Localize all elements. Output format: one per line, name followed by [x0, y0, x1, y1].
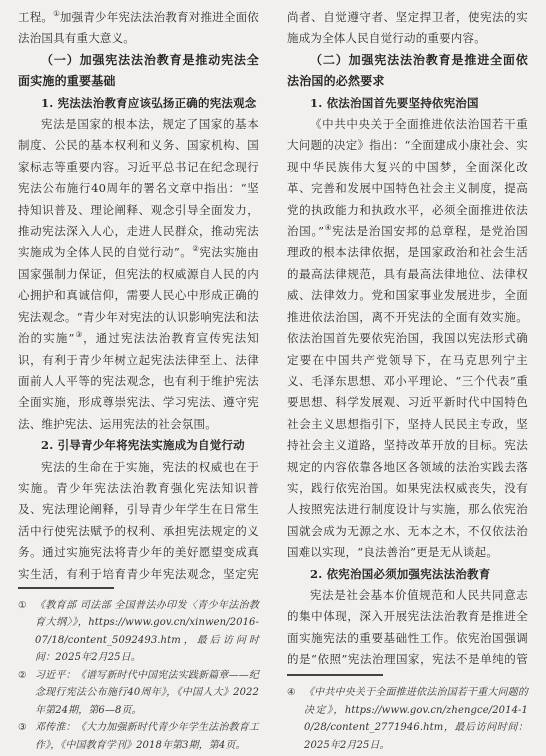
- text-run: 工程。: [18, 10, 53, 24]
- footnote-separator: [287, 674, 383, 676]
- footnote-text: 习近平：《谱写新时代中国宪法实践新篇章——纪念现行宪法公布施行40周年》，《中国…: [35, 667, 259, 720]
- footnote: ④《中共中央关于全面推进依法治国若干重大问题的决定》，https://www.g…: [287, 684, 528, 754]
- text-run: （一）加强宪法法治教育是推动宪法全面实施的重要基础: [18, 53, 259, 88]
- column-left-footnote-list: ①《教育部 司法部 全国普法办印发〈青少年法治教育大纲〉》，https://ww…: [18, 597, 259, 755]
- footnote-ref: ④: [324, 223, 332, 232]
- text-run: （二）加强宪法法治教育是推进全面依法治国的必然要求: [287, 53, 528, 88]
- footnote-marker: ④: [287, 684, 304, 754]
- footnote-marker: ③: [18, 719, 35, 754]
- subsection-heading: 2. 依宪治国必须加强宪法法治教育: [287, 564, 528, 585]
- paragraph: 尚者、自觉遵守者、坚定捍卫者，使宪法的实施成为全体人民自觉行动的重要内容。: [287, 7, 528, 50]
- footnote-marker: ①: [18, 597, 35, 667]
- column-right-footnote-list: ④《中共中央关于全面推进依法治国若干重大问题的决定》，https://www.g…: [287, 684, 528, 754]
- footnote-separator: [18, 587, 114, 589]
- footnote-ref: ①: [53, 9, 60, 18]
- footnote: ②习近平：《谱写新时代中国宪法实践新篇章——纪念现行宪法公布施行40周年》，《中…: [18, 667, 259, 720]
- column-left-body: 工程。①加强青少年宪法法治教育对推进全面依法治国具有重大意义。（一）加强宪法法治…: [18, 7, 259, 584]
- column-left: 工程。①加强青少年宪法法治教育对推进全面依法治国具有重大意义。（一）加强宪法法治…: [18, 7, 259, 754]
- paragraph: 《中共中央关于全面推进依法治国若干重大问题的决定》指出：“全面建成小康社会、实现…: [287, 114, 528, 564]
- footnote: ①《教育部 司法部 全国普法办印发〈青少年法治教育大纲〉》，https://ww…: [18, 597, 259, 667]
- column-right-footnotes: ④《中共中央关于全面推进依法治国若干重大问题的决定》，https://www.g…: [287, 671, 528, 754]
- footnote: ③邓传淮：《大力加强新时代青少年学生法治教育工作》，《中国教育学刊》2018年第…: [18, 719, 259, 754]
- column-left-footnotes: ①《教育部 司法部 全国普法办印发〈青少年法治教育大纲〉》，https://ww…: [18, 584, 259, 755]
- text-run: 2. 依宪治国必须加强宪法法治教育: [310, 567, 490, 581]
- page: 工程。①加强青少年宪法法治教育对推进全面依法治国具有重大意义。（一）加强宪法法治…: [0, 0, 546, 756]
- footnote-text: 邓传淮：《大力加强新时代青少年学生法治教育工作》，《中国教育学刊》2018年第3…: [35, 719, 259, 754]
- paragraph: 宪法是国家的根本法，规定了国家的基本制度、公民的基本权利和义务、国家机构、国家标…: [18, 114, 259, 435]
- text-run: 2. 引导青少年将宪法实施成为自觉行动: [41, 438, 245, 452]
- text-run: 宪法是治国安邦的总章程，是党治国理政的根本法律依据，是国家政治和社会生活的最高法…: [287, 224, 528, 559]
- section-heading: （一）加强宪法法治教育是推动宪法全面实施的重要基础: [18, 50, 259, 93]
- column-right-body: 尚者、自觉遵守者、坚定捍卫者，使宪法的实施成为全体人民自觉行动的重要内容。（二）…: [287, 7, 528, 671]
- column-right: 尚者、自觉遵守者、坚定捍卫者，使宪法的实施成为全体人民自觉行动的重要内容。（二）…: [287, 7, 528, 754]
- text-run: 尚者、自觉遵守者、坚定捍卫者，使宪法的实施成为全体人民自觉行动的重要内容。: [287, 10, 528, 45]
- text-run: 1. 依法治国首先要坚持依宪治国: [310, 96, 479, 110]
- paragraph: 宪法的生命在于实施，宪法的权威也在于实施。青少年宪法法治教育强化宪法知识普及、宪…: [18, 457, 259, 584]
- footnote-text: 《教育部 司法部 全国普法办印发〈青少年法治教育大纲〉》，https://www…: [35, 597, 259, 667]
- section-heading: （二）加强宪法法治教育是推进全面依法治国的必然要求: [287, 50, 528, 93]
- subsection-heading: 1. 宪法法治教育应该弘扬正确的宪法观念: [18, 93, 259, 114]
- paragraph: 工程。①加强青少年宪法法治教育对推进全面依法治国具有重大意义。: [18, 7, 259, 50]
- text-run: 宪法是社会基本价值规范和人民共同意志的集中体现，深入开展宪法法治教育是推进全面实…: [287, 588, 528, 671]
- text-run: ，通过宪法法治教育宣传宪法知识，有利于青少年树立起宪法法律至上、法律面前人人平等…: [18, 331, 259, 431]
- text-run: 1. 宪法法治教育应该弘扬正确的宪法观念: [41, 96, 257, 110]
- subsection-heading: 1. 依法治国首先要坚持依宪治国: [287, 93, 528, 114]
- footnote-text: 《中共中央关于全面推进依法治国若干重大问题的决定》，https://www.go…: [304, 684, 528, 754]
- subsection-heading: 2. 引导青少年将宪法实施成为自觉行动: [18, 435, 259, 456]
- text-run: 《中共中央关于全面推进依法治国若干重大问题的决定》指出：“全面建成小康社会、实现…: [287, 117, 528, 238]
- footnote-ref: ③: [75, 330, 84, 339]
- text-run: 宪法的生命在于实施，宪法的权威也在于实施。青少年宪法法治教育强化宪法知识普及、宪…: [18, 460, 259, 584]
- text-run: 宪法是国家的根本法，规定了国家的基本制度、公民的基本权利和义务、国家机构、国家标…: [18, 117, 259, 259]
- paragraph: 宪法是社会基本价值规范和人民共同意志的集中体现，深入开展宪法法治教育是推进全面实…: [287, 585, 528, 671]
- footnote-marker: ②: [18, 667, 35, 720]
